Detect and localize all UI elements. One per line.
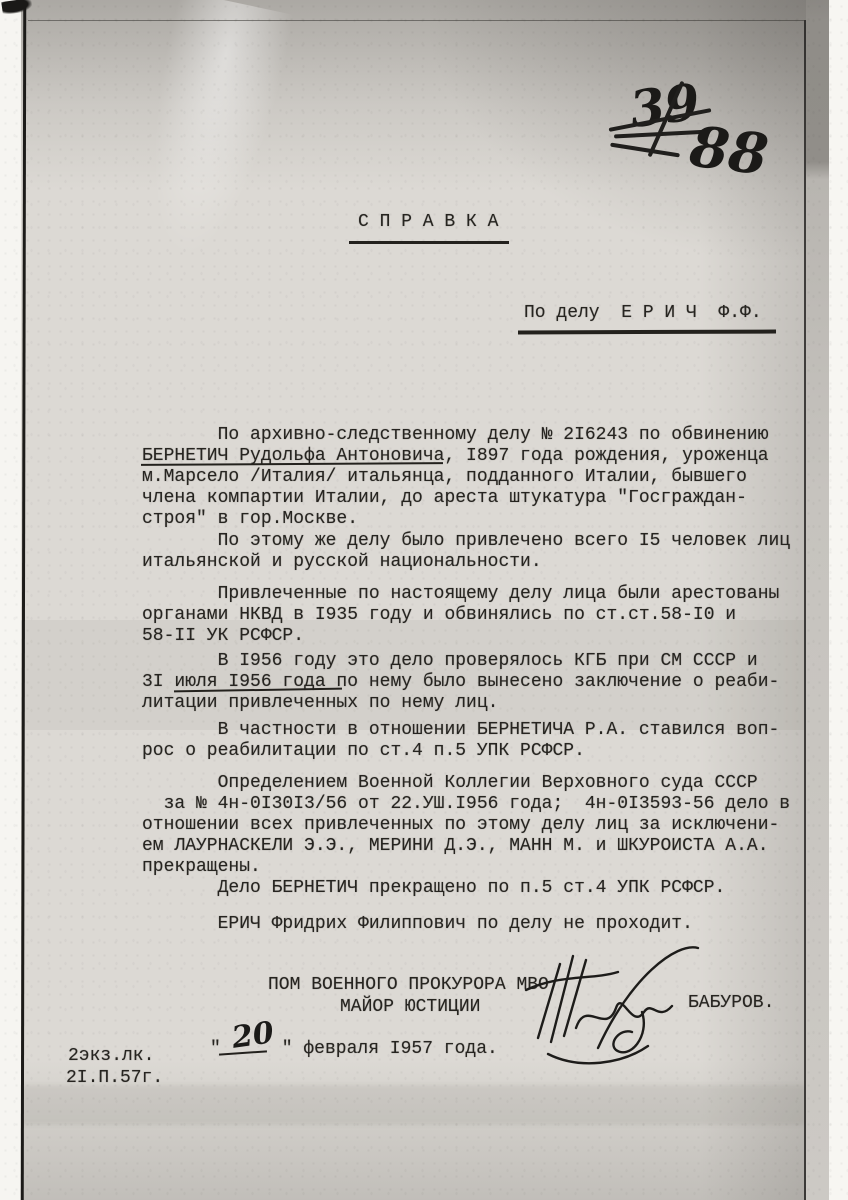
- paragraph: В частности в отношении БЕРНЕТИЧА Р.А. с…: [142, 720, 779, 762]
- paragraph: ЕРИЧ Фридрих Филиппович по делу не прохо…: [142, 914, 693, 935]
- title-underline: [349, 241, 509, 244]
- document-title: С П Р А В К А: [358, 212, 498, 233]
- paragraph: По архивно-следственному делу № 2I6243 п…: [142, 425, 769, 530]
- page-edge-line-right: [804, 20, 806, 1200]
- paragraph: Дело БЕРНЕТИЧ прекращено по п.5 ст.4 УПК…: [142, 878, 725, 899]
- signoff-name: БАБУРОВ.: [688, 993, 774, 1014]
- footer-date-note: 2I.П.57г.: [66, 1068, 163, 1089]
- fold-line-left: [21, 3, 27, 1200]
- paragraph: В I956 году это дело проверялось КГБ при…: [142, 651, 779, 714]
- handwritten-day: 20: [230, 1015, 276, 1055]
- light-streak: [124, 0, 295, 270]
- scanner-margin-right: [829, 0, 848, 1200]
- scanner-margin-left: [0, 0, 21, 1200]
- scanned-document-page: 39 88 С П Р А В К А По делу Е Р И Ч Ф.Ф.…: [0, 0, 848, 1200]
- date-rest: " февраля I957 года.: [282, 1039, 498, 1059]
- signoff-position-line1: ПОМ ВОЕННОГО ПРОКУРОРА МВО: [268, 975, 549, 996]
- paragraph: Определением Военной Коллегии Верховного…: [142, 773, 790, 878]
- handwritten-page-number: 88: [686, 113, 771, 188]
- shade-low-band: [21, 1085, 806, 1125]
- paragraph: По этому же делу было привлечено всего I…: [142, 531, 790, 573]
- footer-copies-note: 2экз.лк.: [68, 1046, 154, 1067]
- page-edge-line-top: [28, 20, 806, 21]
- case-line-underline: [518, 330, 776, 335]
- date-line: " 20 " февраля I957 года.: [210, 1026, 498, 1061]
- signoff-position-line2: МАЙОР ЮСТИЦИИ: [340, 997, 480, 1018]
- case-line: По делу Е Р И Ч Ф.Ф.: [524, 303, 762, 324]
- paragraph: Привлеченные по настоящему делу лица был…: [142, 584, 779, 647]
- corner-ink-blob: [1, 0, 33, 15]
- cross-stroke: [610, 143, 680, 158]
- page-edge-strip-right: [806, 20, 829, 1200]
- date-open-quote: ": [210, 1039, 221, 1059]
